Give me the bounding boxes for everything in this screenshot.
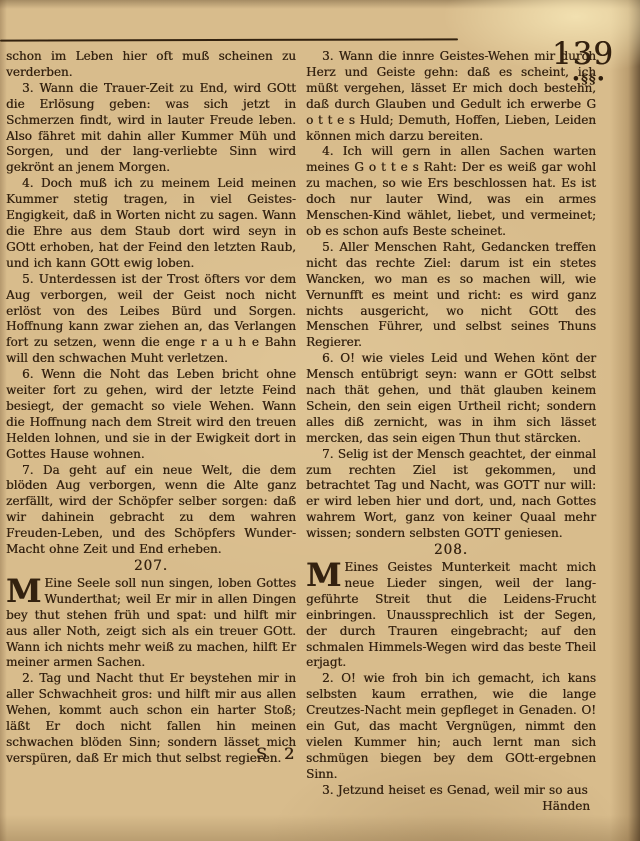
catchword: Händen xyxy=(306,799,596,815)
text-paragraph: 2. O! wie froh bin ich gemacht, ich kans… xyxy=(306,671,596,782)
verse-paragraph: MEine Seele soll nun singen, loben Gotte… xyxy=(6,576,296,671)
text-area: schon im Leben hier oft muß scheinen zu … xyxy=(6,49,596,815)
header-rule xyxy=(0,38,458,41)
text-paragraph: 4. Ich will gern in allen Sachen warten … xyxy=(306,144,596,239)
verse-number-heading: 208. xyxy=(306,543,596,559)
drop-cap-initial: M xyxy=(6,576,44,605)
left-column: schon im Leben hier oft muß scheinen zu … xyxy=(6,49,296,815)
text-paragraph: 3. Jetzund heiset es Genad, weil mir so … xyxy=(306,783,596,799)
text-paragraph: schon im Leben hier oft muß scheinen zu … xyxy=(6,49,296,81)
verse-paragraph: MEines Geistes Munterkeit macht mich neu… xyxy=(306,560,596,671)
book-page: 139 •§§• schon im Leben hier oft muß sch… xyxy=(0,0,640,841)
text-paragraph: 4. Doch muß ich zu meinem Leid meinen Ku… xyxy=(6,176,296,271)
text-paragraph: 7. Da geht auf ein neue Welt, die dem bl… xyxy=(6,463,296,558)
verse-number-heading: 207. xyxy=(6,559,296,575)
text-paragraph: 2. Tag und Nacht thut Er beystehen mir i… xyxy=(6,671,296,766)
text-paragraph: 6. O! wie vieles Leid und Wehen könt der… xyxy=(306,351,596,446)
text-paragraph: 6. Wenn die Noht das Leben bricht ohne w… xyxy=(6,367,296,462)
text-paragraph: 5. Unterdessen ist der Trost öfters vor … xyxy=(6,272,296,367)
text-paragraph: 7. Selig ist der Mensch geachtet, der ei… xyxy=(306,447,596,542)
signature-mark: S 2 xyxy=(256,744,300,763)
text-paragraph: 3. Wann die innre Geistes-Wehen mir durc… xyxy=(306,49,596,144)
text-paragraph: 5. Aller Menschen Raht, Gedancken treffe… xyxy=(306,240,596,351)
drop-cap-initial: M xyxy=(306,560,344,589)
right-column: 3. Wann die innre Geistes-Wehen mir durc… xyxy=(306,49,596,815)
text-paragraph: 3. Wann die Trauer-Zeit zu End, wird GOt… xyxy=(6,81,296,176)
